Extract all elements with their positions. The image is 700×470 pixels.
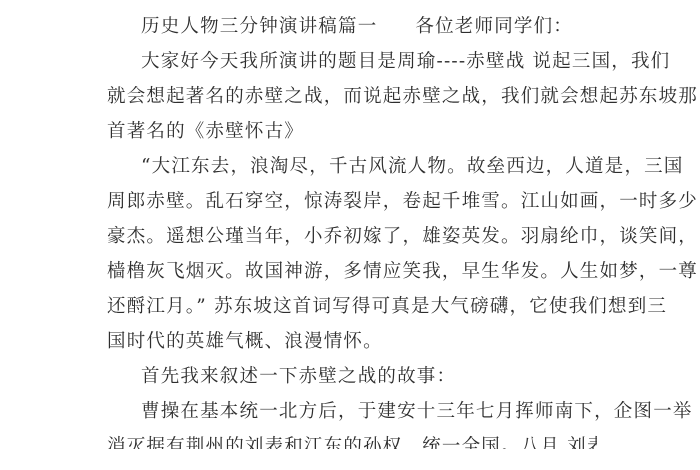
paragraph-line: 首先我来叙述一下赤壁之战的故事： — [107, 359, 597, 394]
greeting: 各位老师同学们： — [415, 9, 573, 44]
paragraph-line-partial: 消灭据有荆州的刘表和江东的孙权，统一全国。八月 刘表病逝 次子 — [107, 429, 597, 449]
poem-line: 还酹江月。” 苏东坡这首词写得可真是大气磅礴，它使我们想到三 — [107, 289, 597, 324]
poem-line: 周郎赤壁。乱石穿空，惊涛裂岸，卷起千堆雪。江山如画，一时多少 — [107, 184, 597, 219]
document-body: 历史人物三分钟演讲稿篇一 各位老师同学们： 大家好今天我所演讲的题目是周瑜---… — [107, 9, 597, 449]
paragraph-line: 大家好今天我所演讲的题目是周瑜----赤壁战 说起三国，我们 — [107, 44, 597, 79]
paragraph-line: 曹操在基本统一北方后，于建安十三年七月挥师南下，企图一举 — [107, 394, 597, 429]
poem-line: 樯橹灰飞烟灭。故国神游，多情应笑我，早生华发。人生如梦，一尊 — [107, 254, 597, 289]
document-page: 历史人物三分钟演讲稿篇一 各位老师同学们： 大家好今天我所演讲的题目是周瑜---… — [0, 0, 700, 470]
paragraph-line: 首著名的《赤壁怀古》 — [107, 114, 597, 149]
document-title: 历史人物三分钟演讲稿篇一 — [141, 9, 377, 44]
paragraph-line: 国时代的英雄气概、浪漫情怀。 — [107, 324, 597, 359]
poem-line: 豪杰。遥想公瑾当年，小乔初嫁了，雄姿英发。羽扇纶巾，谈笑间， — [107, 219, 597, 254]
title-row: 历史人物三分钟演讲稿篇一 各位老师同学们： — [107, 9, 597, 44]
paragraph-line: 就会想起著名的赤壁之战，而说起赤壁之战，我们就会想起苏东坡那 — [107, 79, 597, 114]
poem-line: “大江东去，浪淘尽，千古风流人物。故垒西边，人道是，三国 — [107, 149, 597, 184]
